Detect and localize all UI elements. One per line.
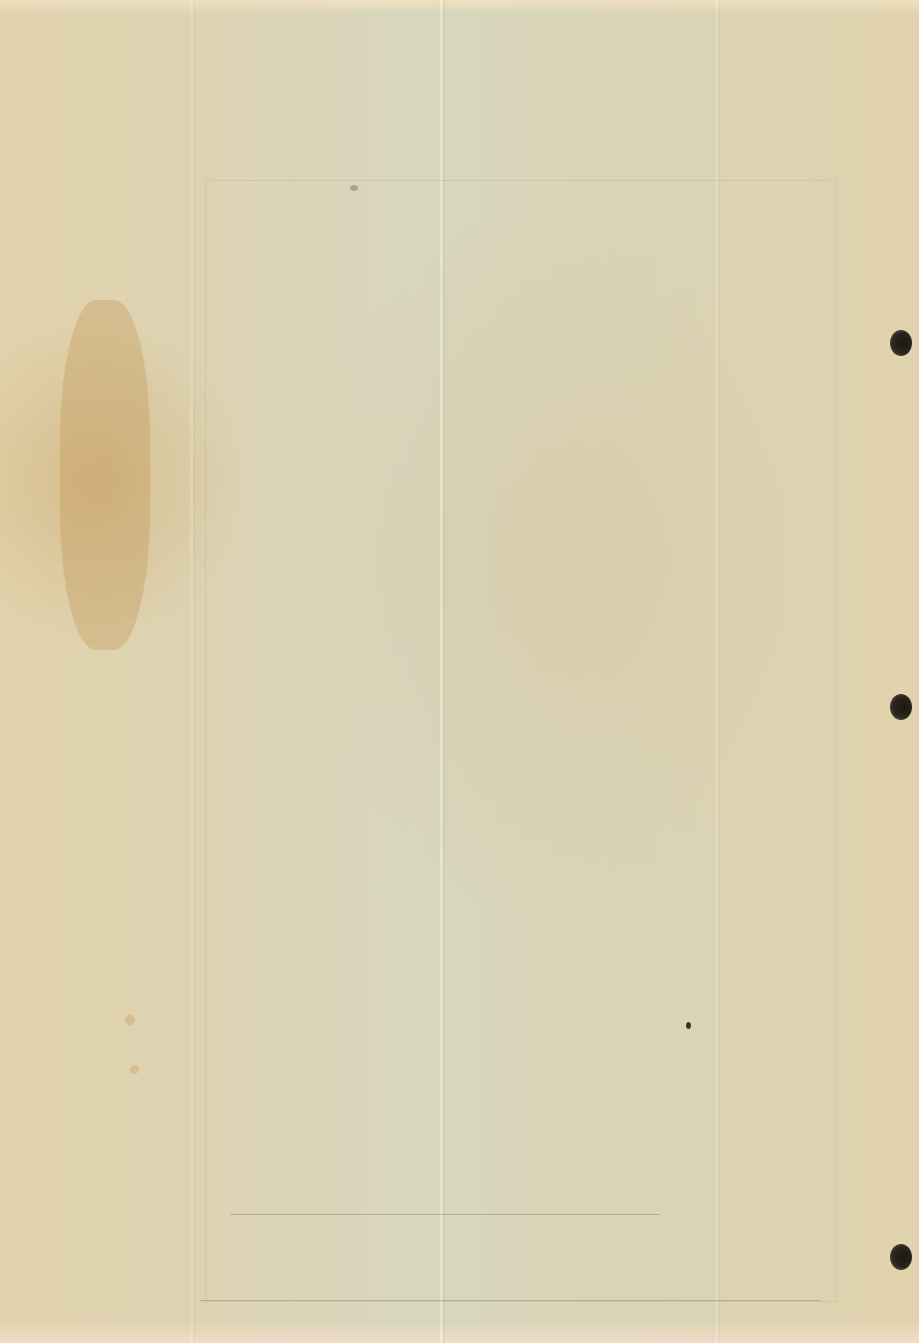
show-through-bottom-rule xyxy=(200,1300,820,1301)
show-through-border xyxy=(205,180,837,1302)
punch-hole-middle xyxy=(890,694,912,720)
foxing-spot xyxy=(130,1065,139,1074)
punch-hole-top xyxy=(890,330,912,356)
paper-bottom-edge xyxy=(0,1321,919,1343)
paper-top-edge xyxy=(0,0,919,14)
punch-hole-bottom xyxy=(890,1244,912,1270)
show-through-rule xyxy=(230,1214,660,1215)
ink-speck xyxy=(686,1022,691,1029)
foxing-spot xyxy=(125,1015,135,1025)
foxing-spot xyxy=(350,185,358,191)
paper-sheet xyxy=(0,0,919,1343)
foxing-stain xyxy=(60,300,150,650)
vertical-crease-left xyxy=(190,0,193,1343)
